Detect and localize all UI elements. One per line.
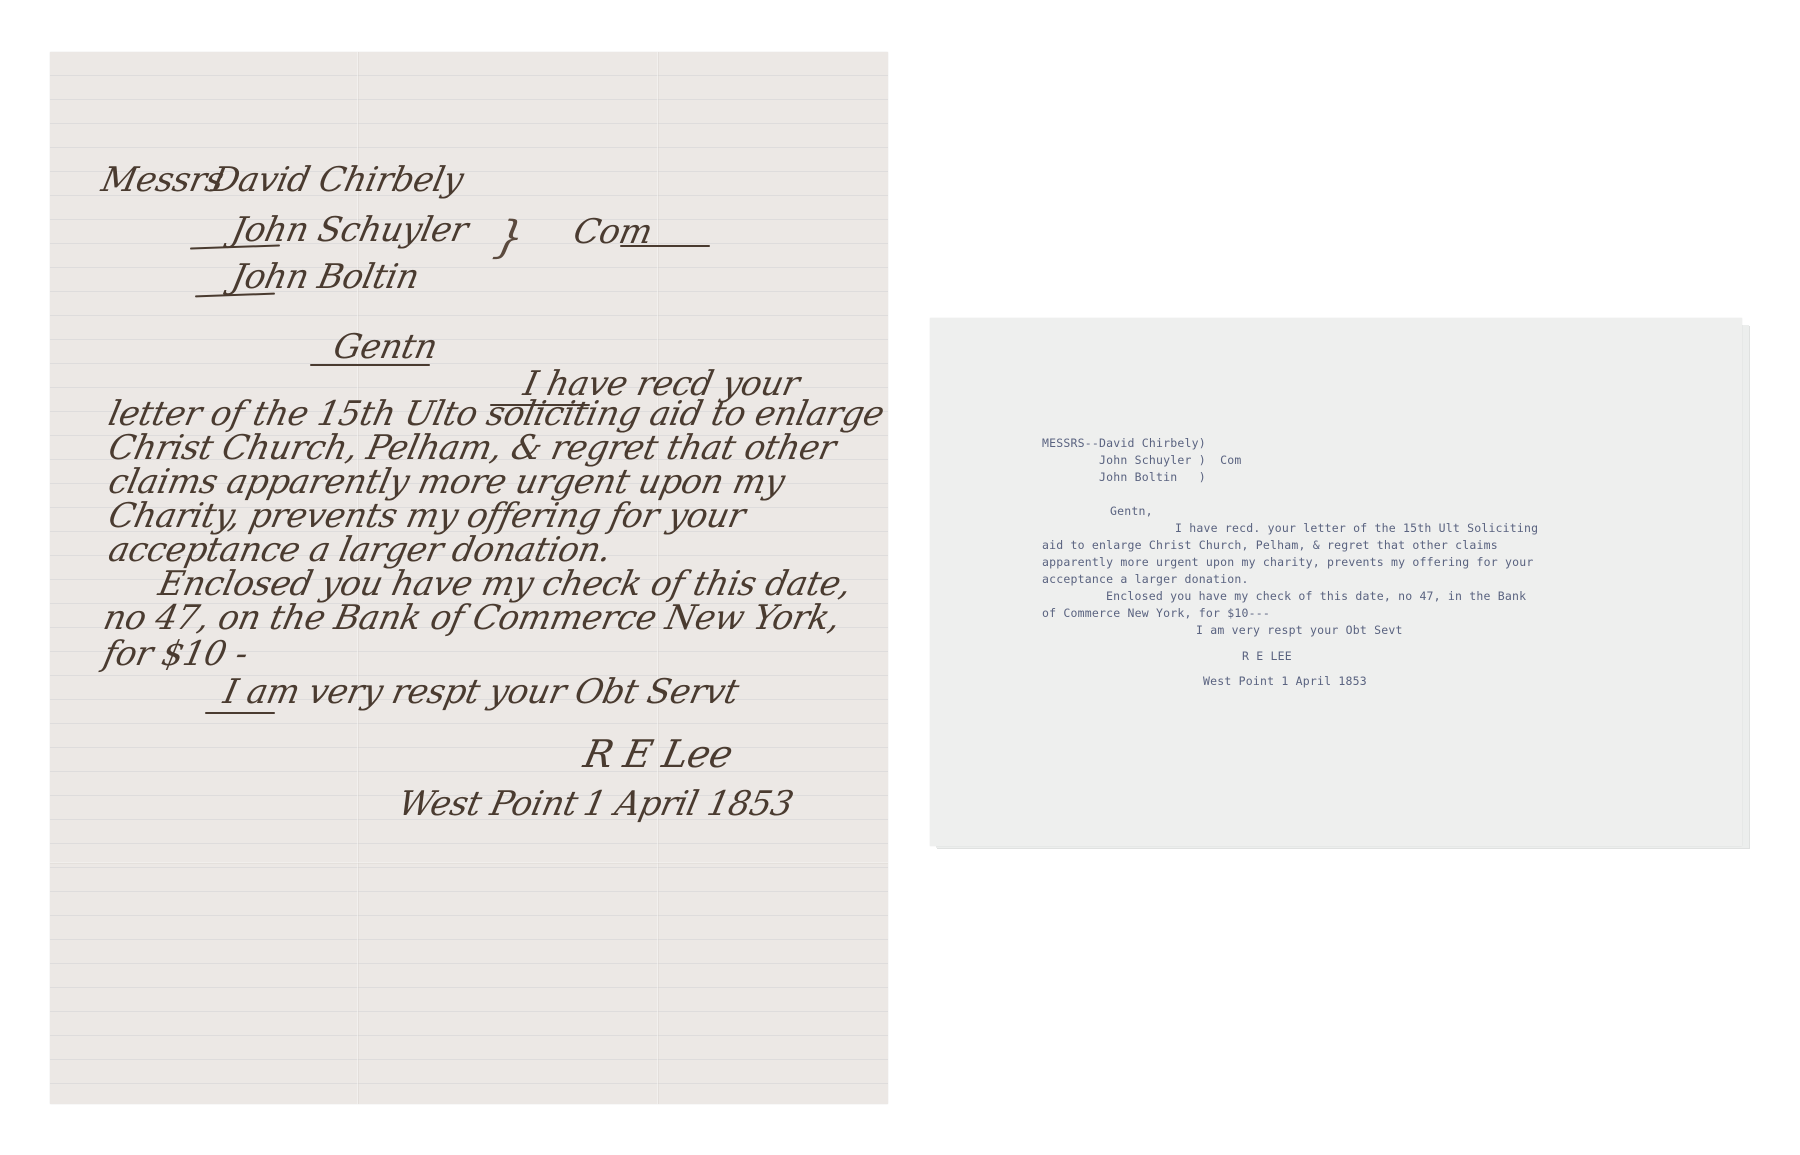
typed-signature: R E LEE [1242, 648, 1292, 665]
typed-body-line: of Commerce New York, for $10--- [1042, 605, 1270, 622]
typed-body-line: I have recd. your letter of the 15th Ult… [1175, 520, 1538, 537]
typed-body-line: aid to enlarge Christ Church, Pelham, & … [1042, 537, 1498, 554]
hw-salutation-prefix: Messrs [98, 160, 227, 200]
typed-place-date: West Point 1 April 1853 [1203, 673, 1367, 690]
hw-date: 1 April 1853 [580, 784, 797, 824]
typed-transcription-card: MESSRS--David Chirbely) John Schuyler ) … [930, 318, 1742, 846]
typed-address-line: MESSRS--David Chirbely) [1042, 435, 1206, 452]
handwritten-letter: Messrs David Chirbely John Schuyler John… [50, 52, 888, 1104]
flourish [205, 712, 275, 714]
hw-address-line1: David Chirbely [208, 160, 467, 200]
typed-address-line: John Boltin ) [1042, 469, 1206, 486]
hw-closing: I am very respt your Obt Servt [220, 672, 742, 712]
hw-greeting: Gentn [330, 327, 441, 367]
hw-address-line3: John Boltin [228, 257, 422, 297]
typed-body-line: apparently more urgent upon my charity, … [1042, 554, 1534, 571]
typed-body-line: Enclosed you have my check of this date,… [1106, 588, 1526, 605]
hw-signature: R E Lee [580, 732, 737, 776]
hw-brace: } [490, 212, 528, 263]
typed-body-line: acceptance a larger donation. [1042, 571, 1249, 588]
hw-body-line: no 47, on the Bank of Commerce New York, [100, 598, 843, 638]
typed-address-line: John Schuyler ) Com [1042, 452, 1241, 469]
flourish [310, 364, 430, 366]
typed-closing: I am very respt your Obt Sevt [1196, 622, 1403, 639]
fold-line-horizontal [50, 862, 888, 864]
typed-greeting: Gentn, [1110, 503, 1153, 520]
flourish [620, 245, 710, 247]
hw-body-line: for $10 - [100, 634, 251, 674]
hw-place: West Point [395, 784, 581, 824]
